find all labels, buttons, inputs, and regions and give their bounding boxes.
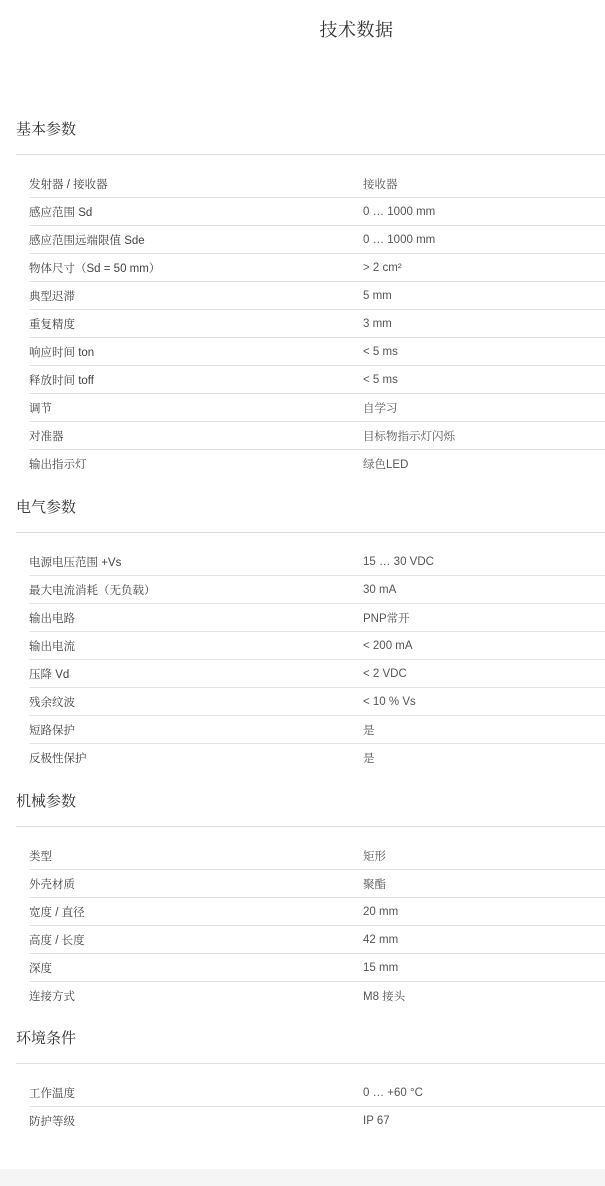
spec-row: 工作温度0 … +60 °C [29,1079,605,1107]
spec-value: IP 67 [363,1115,390,1127]
spec-label: 压降 Vd [29,666,363,682]
spec-label: 电源电压范围 +Vs [29,554,363,570]
spec-value: 绿色LED [363,456,408,472]
spec-value: 30 mA [363,584,396,596]
spec-row: 感应范围远端限值 Sde0 … 1000 mm [29,226,605,254]
spec-row: 重复精度3 mm [29,310,605,338]
section-heading: 基本参数 [16,119,605,141]
spec-row: 物体尺寸（Sd = 50 mm）> 2 cm² [29,254,605,282]
spec-label: 外壳材质 [29,876,363,892]
spec-value: M8 接头 [363,988,405,1004]
section-basic-parameters: 基本参数 发射器 / 接收器接收器 感应范围 Sd0 … 1000 mm 感应范… [16,119,605,478]
spec-value: < 5 ms [363,346,398,358]
spec-label: 物体尺寸（Sd = 50 mm） [29,260,363,276]
spec-label: 反极性保护 [29,750,363,766]
spec-value: < 10 % Vs [363,696,416,708]
spec-row: 对准器目标物指示灯闪烁 [29,422,605,450]
page-title: 技术数据 [0,16,605,42]
spec-value: PNP常开 [363,610,410,626]
section-electrical-parameters: 电气参数 电源电压范围 +Vs15 … 30 VDC 最大电流消耗（无负载）30… [16,497,605,772]
spec-label: 高度 / 长度 [29,932,363,948]
spec-table: 电源电压范围 +Vs15 … 30 VDC 最大电流消耗（无负载）30 mA 输… [29,548,605,772]
spec-row: 残余纹波< 10 % Vs [29,688,605,716]
spec-row: 压降 Vd< 2 VDC [29,660,605,688]
spec-row: 外壳材质聚酯 [29,870,605,898]
spec-value: 5 mm [363,290,392,302]
spec-row: 连接方式M8 接头 [29,982,605,1010]
spec-label: 调节 [29,400,363,416]
spec-row: 响应时间 ton< 5 ms [29,338,605,366]
spec-row: 深度15 mm [29,954,605,982]
spec-value: < 2 VDC [363,668,407,680]
spec-row: 最大电流消耗（无负载）30 mA [29,576,605,604]
spec-row: 感应范围 Sd0 … 1000 mm [29,198,605,226]
section-mechanical-parameters: 机械参数 类型矩形 外壳材质聚酯 宽度 / 直径20 mm 高度 / 长度42 … [16,791,605,1010]
spec-table: 类型矩形 外壳材质聚酯 宽度 / 直径20 mm 高度 / 长度42 mm 深度… [29,842,605,1010]
section-heading: 机械参数 [16,791,605,813]
spec-label: 释放时间 toff [29,372,363,388]
spec-value: > 2 cm² [363,262,402,274]
spec-table: 工作温度0 … +60 °C 防护等级IP 67 [29,1079,605,1135]
spec-label: 发射器 / 接收器 [29,176,363,192]
spec-row: 短路保护是 [29,716,605,744]
spec-label: 类型 [29,848,363,864]
section-heading: 环境条件 [16,1028,605,1050]
spec-label: 短路保护 [29,722,363,738]
spec-value: < 200 mA [363,640,413,652]
spec-label: 连接方式 [29,988,363,1004]
spec-row: 高度 / 长度42 mm [29,926,605,954]
spec-row: 输出电路PNP常开 [29,604,605,632]
spec-row: 输出指示灯绿色LED [29,450,605,478]
spec-value: 接收器 [363,176,398,192]
spec-row: 电源电压范围 +Vs15 … 30 VDC [29,548,605,576]
spec-row: 宽度 / 直径20 mm [29,898,605,926]
spec-label: 重复精度 [29,316,363,332]
spec-value: < 5 ms [363,374,398,386]
spec-label: 工作温度 [29,1085,363,1101]
spec-value: 0 … +60 °C [363,1087,423,1099]
spec-row: 调节自学习 [29,394,605,422]
spec-row: 典型迟滞5 mm [29,282,605,310]
footer-band [0,1169,605,1186]
spec-row: 输出电流< 200 mA [29,632,605,660]
spec-value: 自学习 [363,400,398,416]
section-divider [16,1063,605,1064]
spec-label: 输出电路 [29,610,363,626]
spec-label: 残余纹波 [29,694,363,710]
spec-value: 是 [363,750,375,766]
spec-value: 15 … 30 VDC [363,556,434,568]
spec-label: 输出指示灯 [29,456,363,472]
spec-row: 发射器 / 接收器接收器 [29,170,605,198]
spec-label: 感应范围远端限值 Sde [29,232,363,248]
spec-value: 15 mm [363,962,398,974]
spec-label: 对准器 [29,428,363,444]
section-divider [16,154,605,155]
spec-label: 输出电流 [29,638,363,654]
spec-label: 宽度 / 直径 [29,904,363,920]
spec-value: 3 mm [363,318,392,330]
spec-label: 最大电流消耗（无负载） [29,582,363,598]
spec-value: 聚酯 [363,876,386,892]
spec-label: 典型迟滞 [29,288,363,304]
section-divider [16,826,605,827]
spec-row: 反极性保护是 [29,744,605,772]
spec-row: 类型矩形 [29,842,605,870]
section-divider [16,532,605,533]
spec-label: 深度 [29,960,363,976]
spec-value: 0 … 1000 mm [363,234,435,246]
spec-value: 20 mm [363,906,398,918]
spec-label: 响应时间 ton [29,344,363,360]
section-environmental-conditions: 环境条件 工作温度0 … +60 °C 防护等级IP 67 [16,1028,605,1135]
spec-value: 矩形 [363,848,386,864]
spec-row: 释放时间 toff< 5 ms [29,366,605,394]
spec-value: 42 mm [363,934,398,946]
spec-value: 目标物指示灯闪烁 [363,428,455,444]
spec-row: 防护等级IP 67 [29,1107,605,1135]
spec-table: 发射器 / 接收器接收器 感应范围 Sd0 … 1000 mm 感应范围远端限值… [29,170,605,478]
spec-label: 感应范围 Sd [29,204,363,220]
spec-value: 0 … 1000 mm [363,206,435,218]
spec-value: 是 [363,722,375,738]
spec-label: 防护等级 [29,1113,363,1129]
section-heading: 电气参数 [16,497,605,519]
